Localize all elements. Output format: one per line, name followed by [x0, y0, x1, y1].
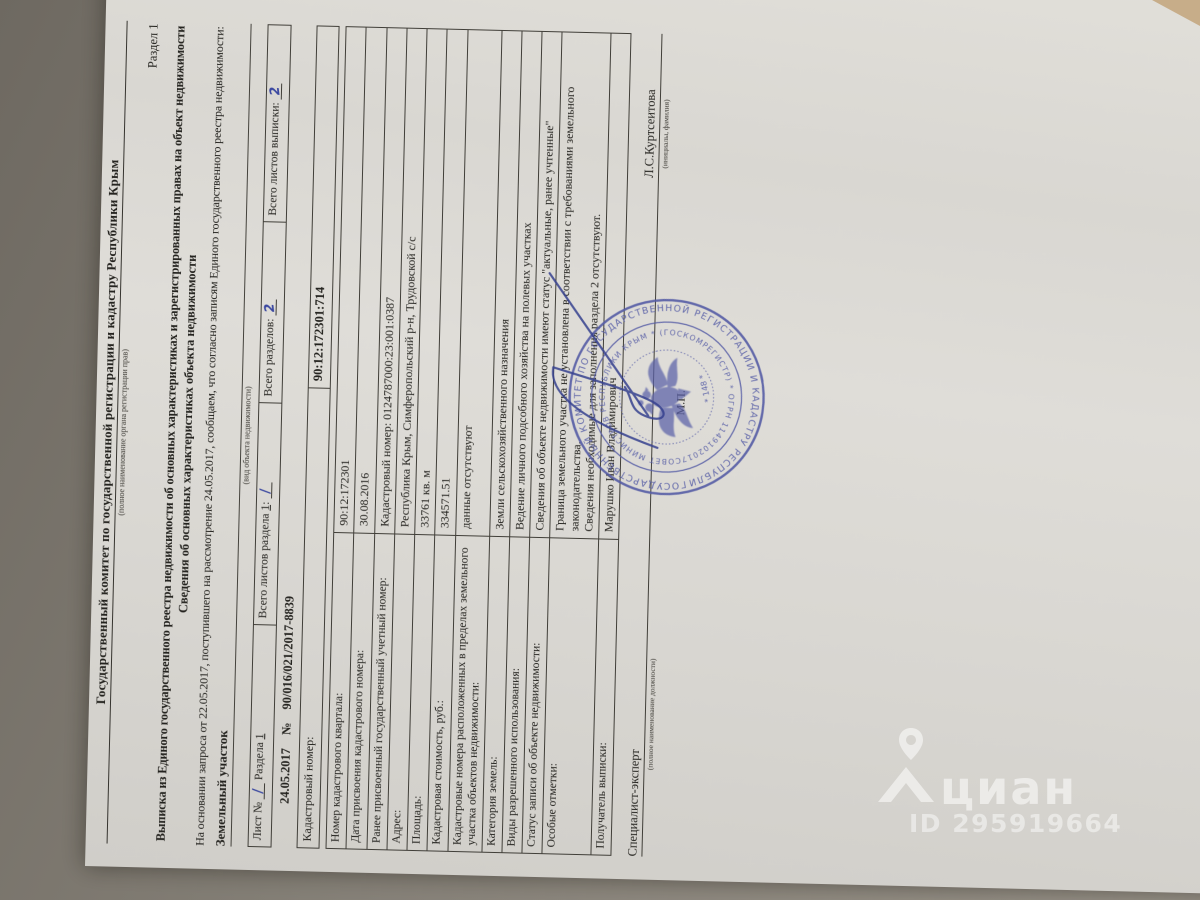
- stamp-number: * 148 *: [698, 374, 713, 404]
- sheet-list-label: Лист №: [251, 802, 265, 841]
- signee-cell: Л.С.Куртсеитова (инициалы, фамилия): [641, 33, 673, 234]
- total-sheets-label: Всего листов раздела: [256, 513, 272, 618]
- sheet-section-number: 1: [253, 733, 266, 739]
- photo-scene: Государственный комитет по государственн…: [0, 0, 1200, 900]
- position-cell: Специалист-эксперт (полное наименование …: [626, 571, 660, 857]
- handwritten-slot: /: [261, 483, 272, 499]
- cadastral-number-label: Кадастровый номер:: [297, 387, 330, 848]
- handwritten-slot: 2: [266, 300, 277, 316]
- sheet-cell-list: Лист № / Раздела 1: [248, 625, 276, 847]
- handwritten-total-extract: 2: [270, 86, 281, 96]
- handwritten-total-sections: 2: [265, 303, 276, 313]
- handwritten-slot: 2: [271, 83, 282, 99]
- sheet-section-label: Раздела: [252, 742, 266, 780]
- handwritten-slot: /: [254, 783, 265, 799]
- sheet-cell-total-sections: Всего разделов: 2: [259, 222, 286, 403]
- signature-stroke: [535, 264, 680, 462]
- cadastral-number-value: 90:12:172301:714: [308, 26, 339, 388]
- handwritten-total-sheets: /: [261, 488, 271, 494]
- total-sheets-number: 1: [259, 505, 272, 511]
- row-label: Особые отметки:: [542, 537, 599, 855]
- sheet-cell-total-sheets: Всего листов раздела 1: /: [253, 403, 281, 625]
- handwritten-sheet-number: /: [254, 788, 264, 794]
- sheet-cell-total-extract: Всего листов выписки: 2: [263, 25, 291, 223]
- total-sections-label: Всего разделов:: [262, 318, 277, 396]
- document-page: Государственный комитет по государственн…: [85, 0, 1200, 895]
- colon: :: [259, 501, 272, 505]
- total-extract-label: Всего листов выписки:: [266, 102, 282, 216]
